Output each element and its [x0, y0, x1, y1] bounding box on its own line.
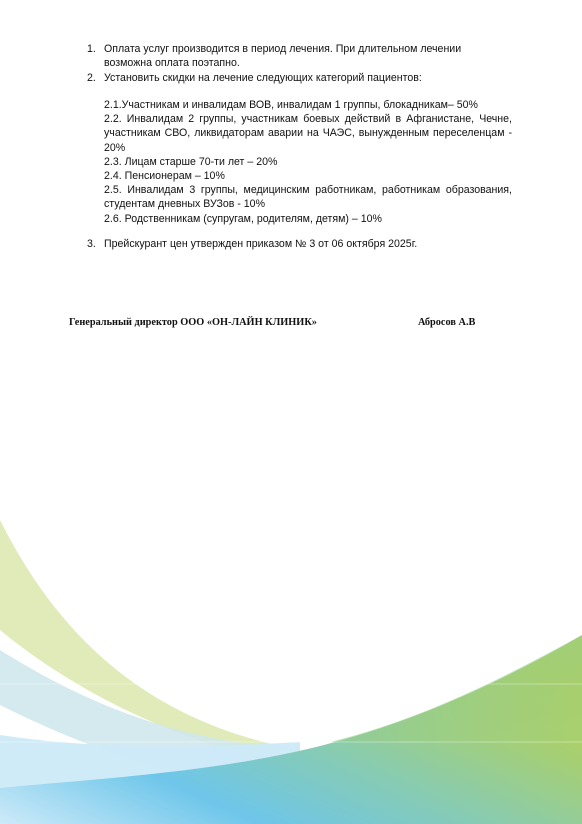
discount-2-3: 2.3. Лицам старше 70-ти лет – 20%	[104, 155, 512, 169]
list-item-1-line-1: Оплата услуг производится в период лечен…	[104, 42, 461, 56]
signatory-name: Абросов А.В	[418, 317, 475, 328]
list-number-2: 2.	[87, 71, 96, 85]
list-number-3: 3.	[87, 237, 96, 251]
discount-2-5: 2.5. Инвалидам 3 группы, медицинским раб…	[104, 183, 512, 212]
discount-2-4: 2.4. Пенсионерам – 10%	[104, 169, 512, 183]
list-item-3-line-1: Прейскурант цен утвержден приказом № 3 о…	[104, 237, 417, 251]
list-item-1-line-2: возможна оплата поэтапно.	[104, 56, 240, 70]
list-item-2-line-1: Установить скидки на лечение следующих к…	[104, 71, 422, 85]
discount-2-1: 2.1.Участникам и инвалидам ВОВ, инвалида…	[104, 98, 512, 112]
discount-2-6: 2.6. Родственникам (супругам, родителям,…	[104, 212, 512, 226]
signatory-position: Генеральный директор ООО «ОН-ЛАЙН КЛИНИК…	[69, 317, 317, 328]
document-page: 1. Оплата услуг производится в период ле…	[0, 0, 582, 824]
discount-2-2: 2.2. Инвалидам 2 группы, участникам боев…	[104, 112, 512, 155]
decorative-waves	[0, 480, 582, 824]
list-number-1: 1.	[87, 42, 96, 56]
